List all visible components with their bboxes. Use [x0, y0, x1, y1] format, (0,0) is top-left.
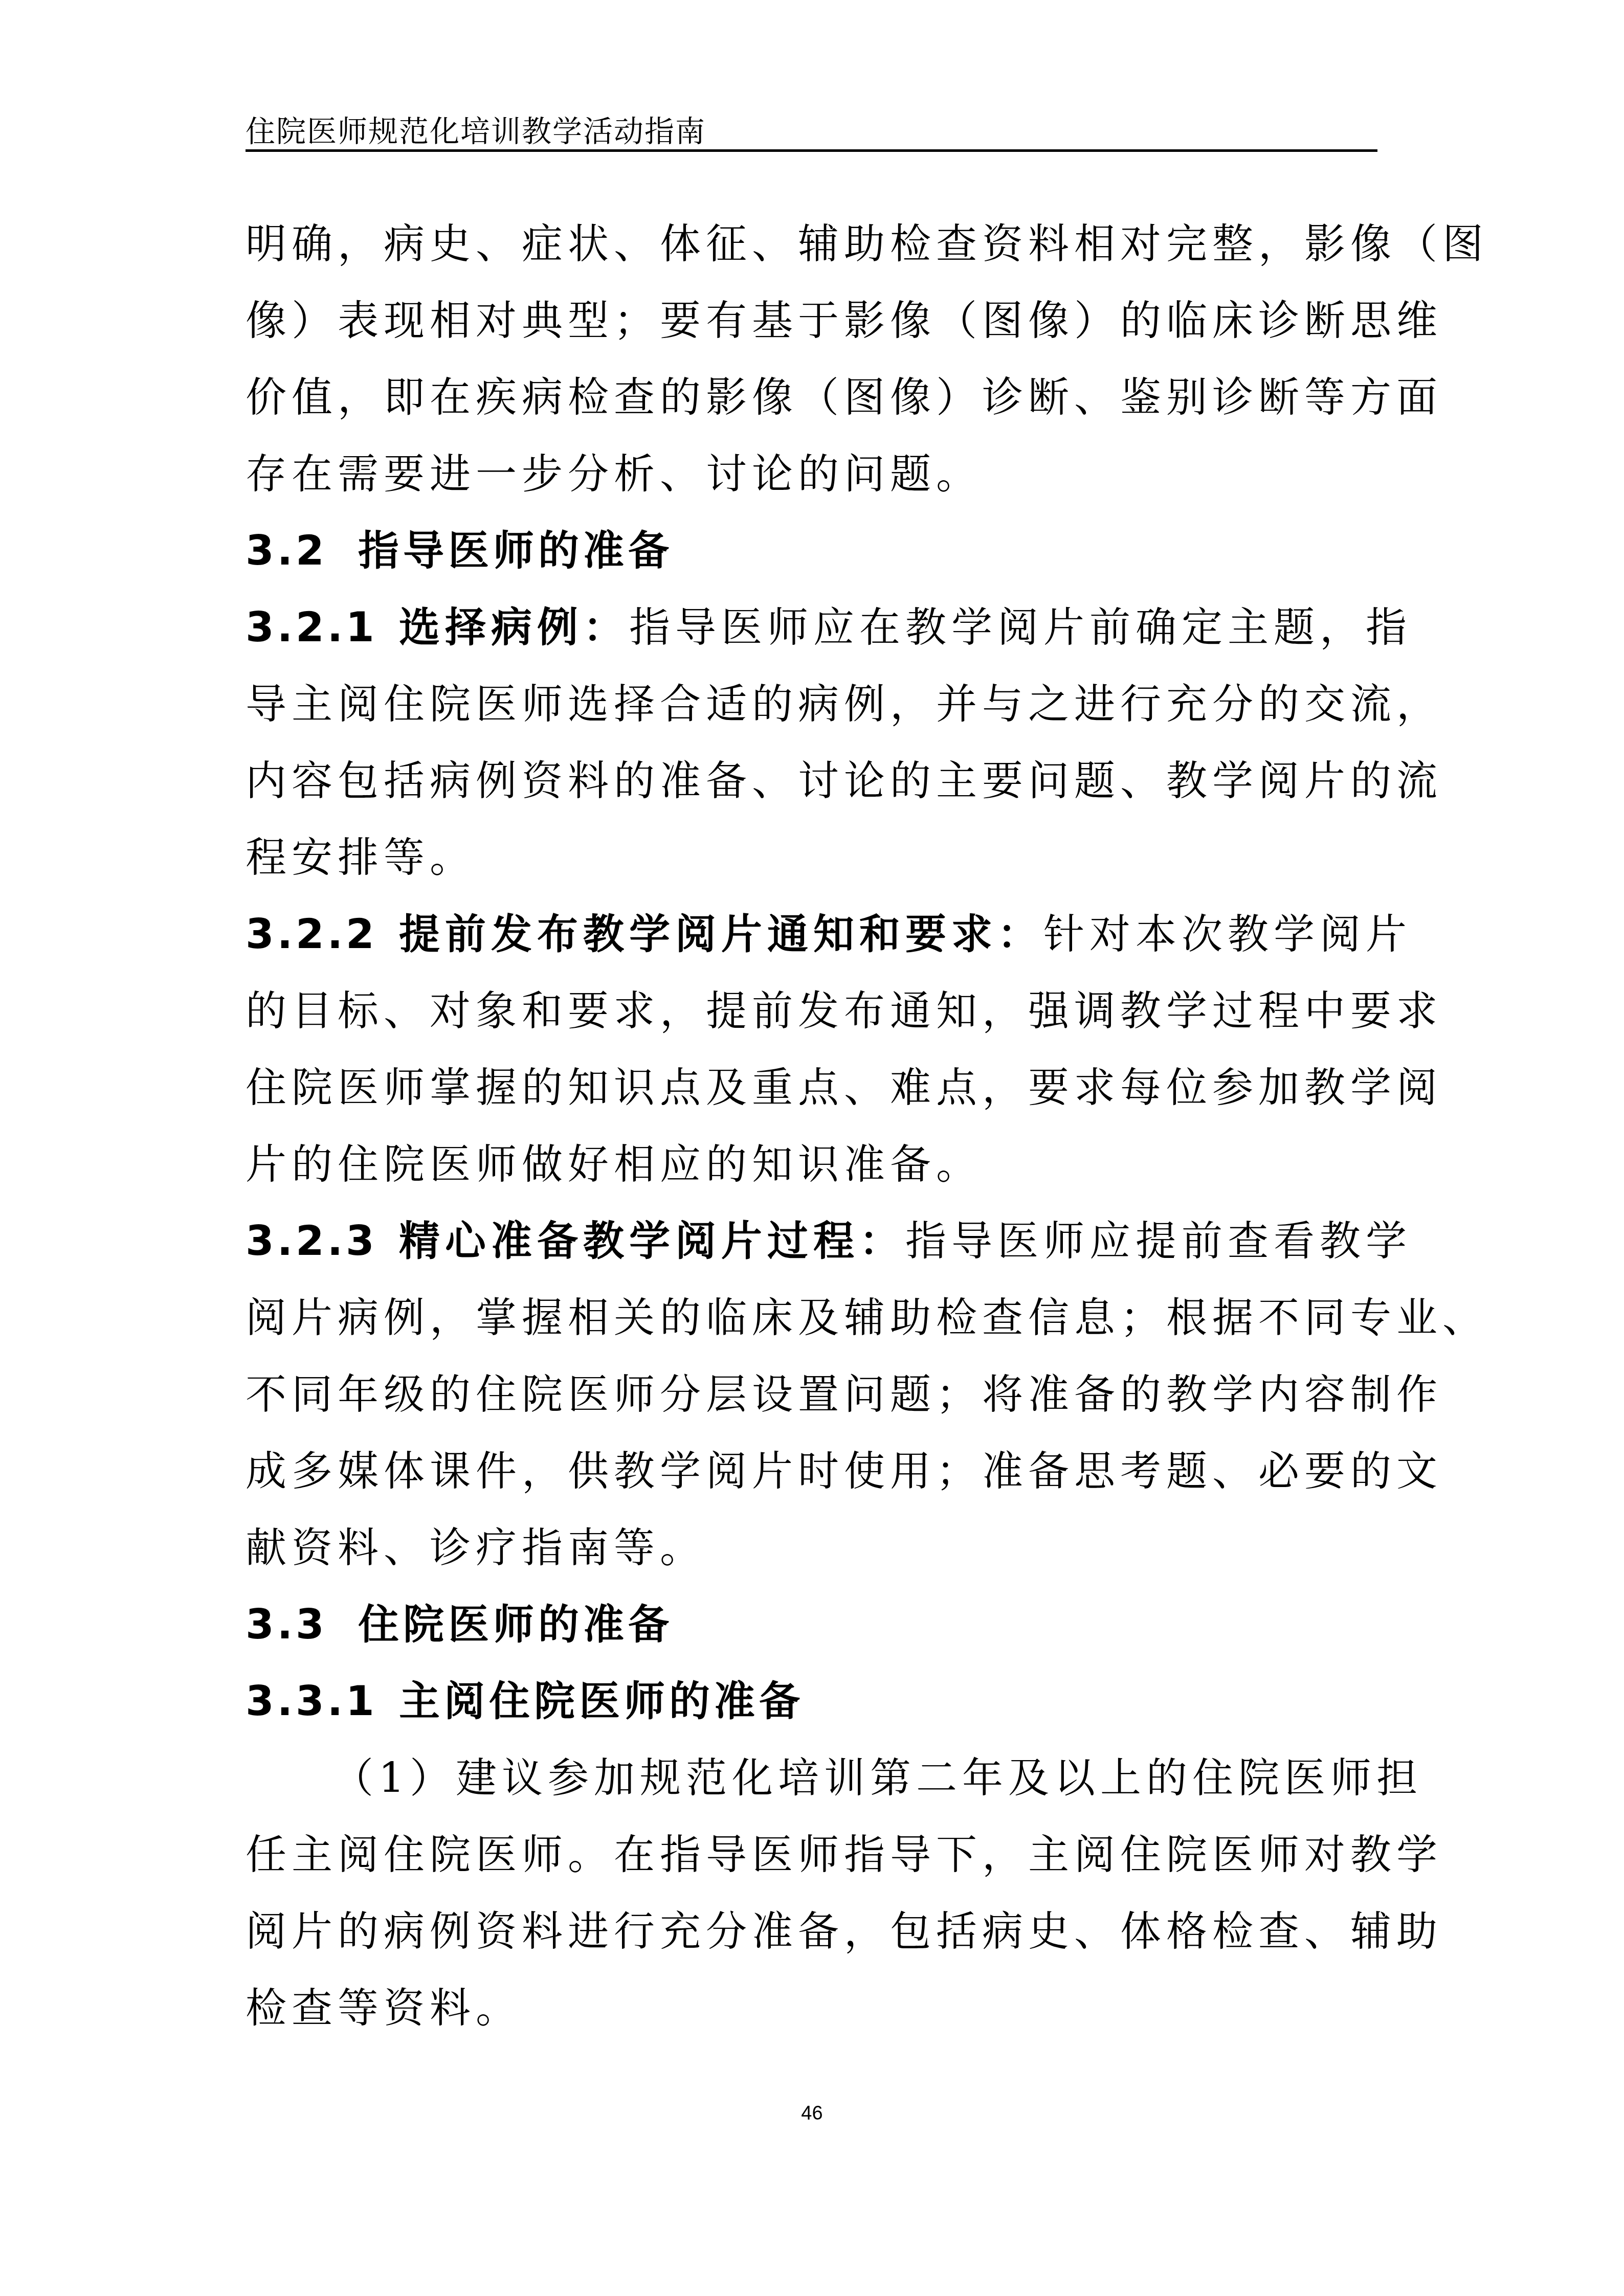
subsection-number: 3.2.3 [246, 1203, 399, 1279]
subsection-number: 3.2.1 [246, 589, 399, 666]
paragraph-item-1: （1）建议参加规范化培训第二年及以上的住院医师担 任主阅住院医师。在指导医师指导… [246, 1740, 1378, 2046]
text-line: 内容包括病例资料的准备、讨论的主要问题、教学阅片的流 [246, 742, 1378, 819]
section-title: 住院医师的准备 [358, 1601, 673, 1648]
subsection-title: 选择病例： [399, 603, 629, 651]
text-line: 像）表现相对典型；要有基于影像（图像）的临床诊断思维 [246, 282, 1378, 359]
text-line: 阅片病例，掌握相关的临床及辅助检查信息；根据不同专业、 [246, 1279, 1378, 1356]
section-title: 指导医师的准备 [358, 527, 673, 574]
subsection-number: 3.3.1 [246, 1663, 399, 1740]
subsection-title: 精心准备教学阅片过程： [399, 1217, 905, 1265]
paragraph-intro: 明确，病史、症状、体征、辅助检查资料相对完整，影像（图 像）表现相对典型；要有基… [246, 206, 1378, 512]
subsection-heading-3-3-1: 3.3.1主阅住院医师的准备 [246, 1663, 1378, 1740]
subsection-text: 指导医师应提前查看教学 [905, 1217, 1412, 1265]
text-line: 不同年级的住院医师分层设置问题；将准备的教学内容制作 [246, 1356, 1378, 1433]
subsection-title: 主阅住院医师的准备 [399, 1677, 804, 1725]
text-line: 任主阅住院医师。在指导医师指导下，主阅住院医师对教学 [246, 1816, 1378, 1893]
section-number: 3.3 [246, 1586, 358, 1663]
section-number: 3.2 [246, 512, 358, 589]
text-line: 3.2.2提前发布教学阅片通知和要求：针对本次教学阅片 [246, 896, 1378, 973]
subsection-number: 3.2.2 [246, 896, 399, 973]
header-title: 住院医师规范化培训教学活动指南 [246, 114, 1377, 149]
text-line: 存在需要进一步分析、讨论的问题。 [246, 436, 1378, 512]
text-line: 明确，病史、症状、体征、辅助检查资料相对完整，影像（图 [246, 206, 1378, 282]
running-header: 住院医师规范化培训教学活动指南 [246, 114, 1377, 149]
text-line: 3.2.1选择病例：指导医师应在教学阅片前确定主题，指 [246, 589, 1378, 666]
text-line: 程安排等。 [246, 819, 1378, 896]
page-number: 46 [0, 2103, 1624, 2125]
text-line: 阅片的病例资料进行充分准备，包括病史、体格检查、辅助 [246, 1893, 1378, 1970]
section-heading-3-2: 3.2指导医师的准备 [246, 512, 1378, 589]
text-line: 3.2.3精心准备教学阅片过程：指导医师应提前查看教学 [246, 1203, 1378, 1279]
text-line: （1）建议参加规范化培训第二年及以上的住院医师担 [246, 1740, 1378, 1816]
subsection-text: 针对本次教学阅片 [1043, 910, 1412, 958]
text-line: 住院医师掌握的知识点及重点、难点，要求每位参加教学阅 [246, 1049, 1378, 1126]
subsection-title: 提前发布教学阅片通知和要求： [399, 910, 1043, 958]
text-line: 检查等资料。 [246, 1970, 1378, 2046]
header-divider [246, 149, 1377, 152]
text-line: 的目标、对象和要求，提前发布通知，强调教学过程中要求 [246, 973, 1378, 1049]
text-line: 成多媒体课件，供教学阅片时使用；准备思考题、必要的文 [246, 1433, 1378, 1510]
text-line: 献资料、诊疗指南等。 [246, 1510, 1378, 1586]
text-line: 价值，即在疾病检查的影像（图像）诊断、鉴别诊断等方面 [246, 359, 1378, 436]
text-line: 片的住院医师做好相应的知识准备。 [246, 1126, 1378, 1203]
paragraph-3-2-3: 3.2.3精心准备教学阅片过程：指导医师应提前查看教学 阅片病例，掌握相关的临床… [246, 1203, 1378, 1586]
paragraph-3-2-1: 3.2.1选择病例：指导医师应在教学阅片前确定主题，指 导主阅住院医师选择合适的… [246, 589, 1378, 896]
page-body: 明确，病史、症状、体征、辅助检查资料相对完整，影像（图 像）表现相对典型；要有基… [246, 206, 1378, 2046]
text-line: 导主阅住院医师选择合适的病例，并与之进行充分的交流， [246, 666, 1378, 742]
paragraph-3-2-2: 3.2.2提前发布教学阅片通知和要求：针对本次教学阅片 的目标、对象和要求，提前… [246, 896, 1378, 1203]
section-heading-3-3: 3.3住院医师的准备 [246, 1586, 1378, 1663]
subsection-text: 指导医师应在教学阅片前确定主题，指 [629, 603, 1412, 651]
